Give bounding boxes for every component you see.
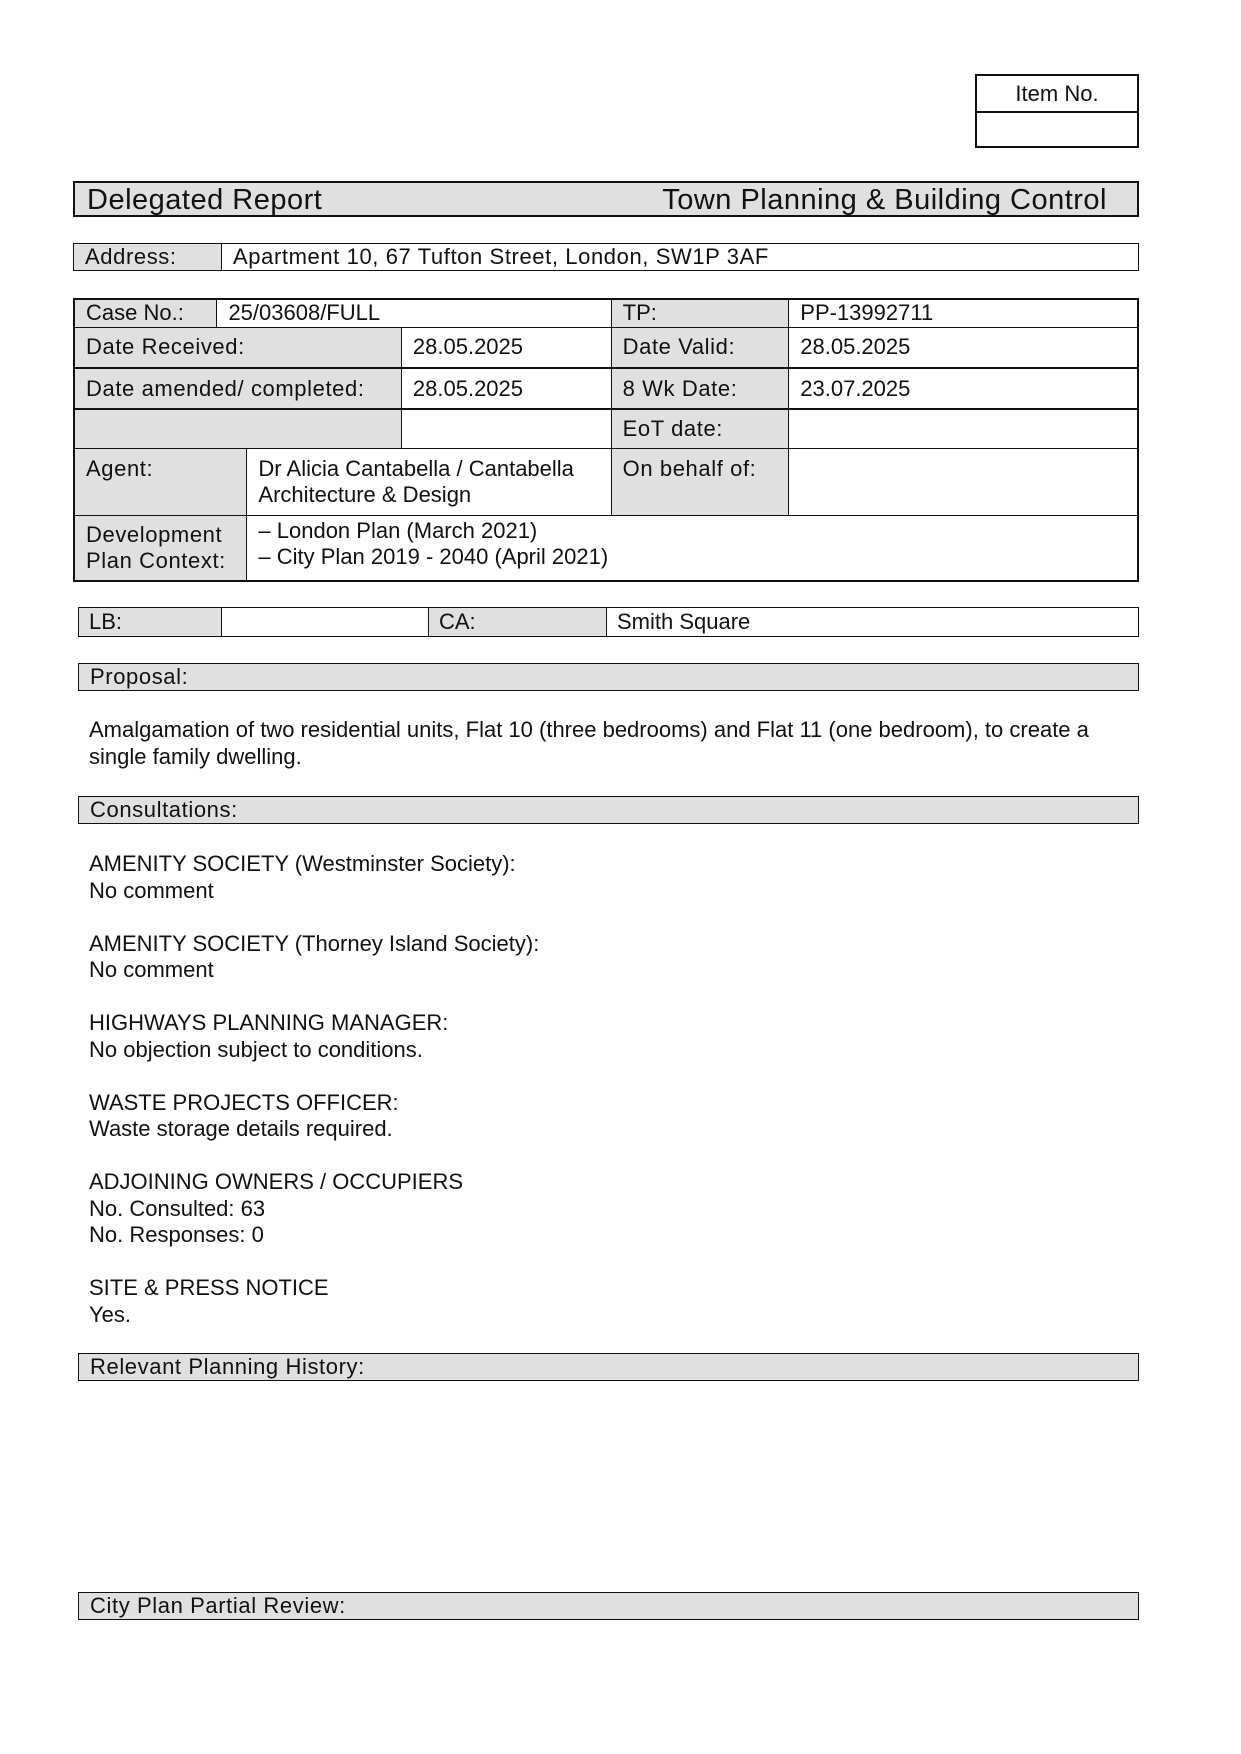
table-row: Development Plan Context: – London Plan …: [74, 515, 1138, 581]
consultee-response: No objection subject to conditions.: [89, 1037, 1139, 1064]
blank-label-cell: [74, 409, 401, 448]
consultation-entry: AMENITY SOCIETY (Westminster Society):No…: [89, 851, 1139, 904]
table-row: Case No.: 25/03608/FULL TP: PP-13992711: [74, 299, 1138, 327]
table-row: EoT date:: [74, 409, 1138, 448]
on-behalf-of-label: On behalf of:: [611, 448, 789, 515]
consultation-entry: ADJOINING OWNERS / OCCUPIERSNo. Consulte…: [89, 1169, 1139, 1249]
consultations-list: AMENITY SOCIETY (Westminster Society):No…: [89, 851, 1139, 1355]
report-title: Delegated Report: [87, 183, 322, 217]
consultee-title: HIGHWAYS PLANNING MANAGER:: [89, 1010, 1139, 1037]
tp-label: TP:: [611, 299, 789, 327]
eight-week-date-label: 8 Wk Date:: [611, 368, 789, 409]
agent-value-line: Architecture & Design: [258, 482, 610, 508]
item-number-box: Item No.: [975, 74, 1139, 148]
proposal-description: Amalgamation of two residential units, F…: [89, 717, 1139, 770]
table-row: Date amended/ completed: 28.05.2025 8 Wk…: [74, 368, 1138, 409]
eot-date-value: [789, 409, 1138, 448]
table-row: Date Received: 28.05.2025 Date Valid: 28…: [74, 327, 1138, 368]
planning-history-heading: Relevant Planning History:: [78, 1353, 1139, 1381]
eot-date-label: EoT date:: [611, 409, 789, 448]
development-plan-context-label: Development Plan Context:: [74, 515, 247, 581]
address-label: Address:: [74, 244, 222, 270]
address-value: Apartment 10, 67 Tufton Street, London, …: [222, 244, 1138, 270]
date-amended-value: 28.05.2025: [401, 368, 611, 409]
consultee-response: Yes.: [89, 1302, 1139, 1329]
proposal-line: Amalgamation of two residential units, F…: [89, 717, 1139, 744]
proposal-heading: Proposal:: [78, 663, 1139, 691]
consultation-entry: WASTE PROJECTS OFFICER:Waste storage det…: [89, 1090, 1139, 1143]
consultee-response: No. Consulted: 63: [89, 1196, 1139, 1223]
report-title-bar: Delegated Report Town Planning & Buildin…: [73, 181, 1139, 217]
case-no-value: 25/03608/FULL: [217, 299, 611, 327]
date-amended-label: Date amended/ completed:: [74, 368, 401, 409]
proposal-line: single family dwelling.: [89, 744, 1139, 771]
consultation-entry: HIGHWAYS PLANNING MANAGER:No objection s…: [89, 1010, 1139, 1063]
tp-value: PP-13992711: [789, 299, 1138, 327]
consultee-title: SITE & PRESS NOTICE: [89, 1275, 1139, 1302]
consultee-response: No. Responses: 0: [89, 1222, 1139, 1249]
agent-value: Dr Alicia Cantabella / Cantabella Archit…: [247, 448, 611, 515]
eight-week-date-value: 23.07.2025: [789, 368, 1138, 409]
listed-building-value: [222, 608, 429, 636]
date-valid-label: Date Valid:: [611, 327, 789, 368]
consultee-title: AMENITY SOCIETY (Westminster Society):: [89, 851, 1139, 878]
conservation-area-value: Smith Square: [607, 608, 1138, 636]
label-line: Development: [86, 522, 246, 548]
city-plan-review-heading: City Plan Partial Review:: [78, 1592, 1139, 1620]
consultee-response: No comment: [89, 957, 1139, 984]
table-row: Agent: Dr Alicia Cantabella / Cantabella…: [74, 448, 1138, 515]
consultee-title: AMENITY SOCIETY (Thorney Island Society)…: [89, 931, 1139, 958]
consultations-heading: Consultations:: [78, 796, 1139, 824]
consultee-response: Waste storage details required.: [89, 1116, 1139, 1143]
conservation-area-label: CA:: [429, 608, 607, 636]
listed-building-label: LB:: [79, 608, 222, 636]
date-received-value: 28.05.2025: [401, 327, 611, 368]
consultation-entry: SITE & PRESS NOTICEYes.: [89, 1275, 1139, 1328]
consultee-title: WASTE PROJECTS OFFICER:: [89, 1090, 1139, 1117]
item-number-label: Item No.: [977, 76, 1137, 113]
address-row: Address: Apartment 10, 67 Tufton Street,…: [73, 243, 1139, 271]
department-title: Town Planning & Building Control: [662, 183, 1107, 217]
case-no-label: Case No.:: [74, 299, 217, 327]
on-behalf-of-value: [789, 448, 1138, 515]
agent-label: Agent:: [74, 448, 247, 515]
agent-value-line: Dr Alicia Cantabella / Cantabella: [258, 456, 610, 482]
consultation-entry: AMENITY SOCIETY (Thorney Island Society)…: [89, 931, 1139, 984]
consultee-title: ADJOINING OWNERS / OCCUPIERS: [89, 1169, 1139, 1196]
plan-item: – City Plan 2019 - 2040 (April 2021): [258, 544, 1137, 570]
case-details-table: Case No.: 25/03608/FULL TP: PP-13992711 …: [73, 298, 1139, 582]
plan-item: – London Plan (March 2021): [258, 518, 1137, 544]
consultee-response: No comment: [89, 878, 1139, 905]
development-plan-context-value: – London Plan (March 2021) – City Plan 2…: [247, 515, 1138, 581]
blank-value-cell: [401, 409, 611, 448]
date-received-label: Date Received:: [74, 327, 401, 368]
label-line: Plan Context:: [86, 548, 246, 574]
designations-row: LB: CA: Smith Square: [78, 607, 1139, 637]
date-valid-value: 28.05.2025: [789, 327, 1138, 368]
